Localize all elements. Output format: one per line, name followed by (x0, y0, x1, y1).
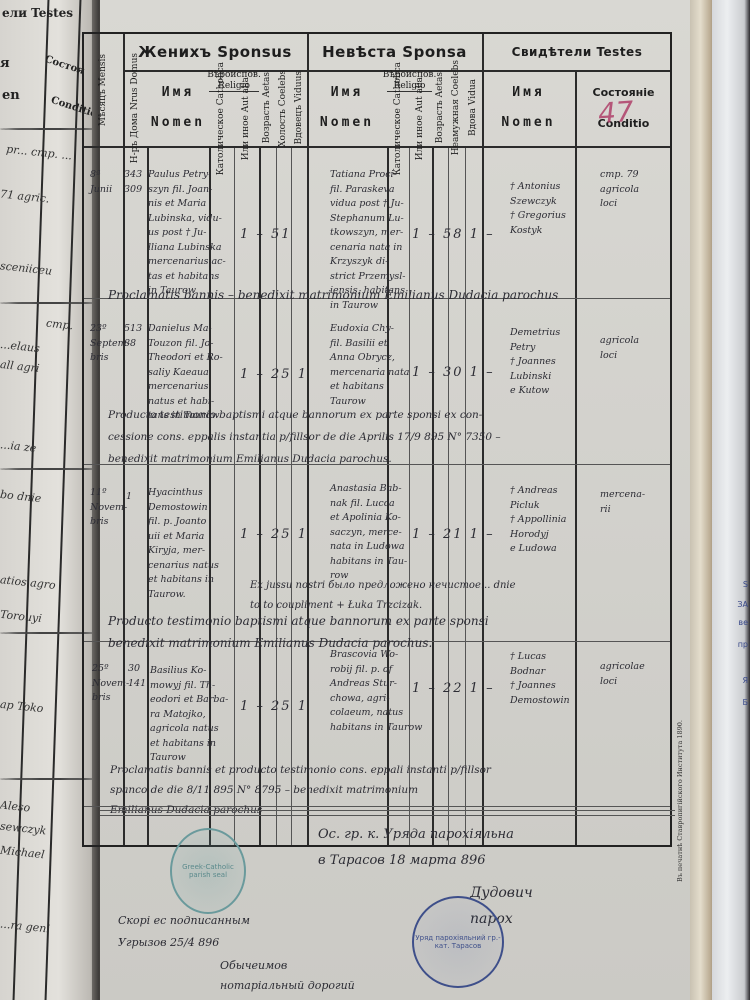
header-testes: Свидѣтели Testes (482, 34, 672, 70)
page-number-red: 47 (597, 95, 635, 130)
header-witness-name: ИмяNomen (482, 70, 575, 146)
left-header-testes: ели Testes (2, 6, 73, 20)
header-groom-widower: Вдовецъ Viduus (291, 70, 307, 146)
entry-condition: agricolae loci (600, 660, 645, 689)
entry-house: 343 309 (124, 168, 142, 197)
printer-imprint: Въ печатнѣ Ставропигійского Института 18… (676, 720, 684, 882)
entry-condition: agricola loci (600, 334, 639, 363)
notary-signature: Обычеимов нотаріальный дорогий (220, 956, 355, 996)
header-month: Мѣсяцъ Mensis (84, 34, 123, 146)
parish-office-stamp: Уряд парохіяльний гр.-кат. Тарасов (412, 896, 504, 988)
entry-witnesses: † Lucas Bodnar † Joannes Demostowin (510, 650, 570, 708)
header-bride-single: Неамужная Coelebs (448, 70, 465, 146)
entry-house: 513 88 (124, 322, 142, 351)
parish-seal-stamp: Greek-Catholic parish seal (170, 828, 246, 914)
entry-witnesses: † Andreas Picluk † Appollinia Horodyj e … (510, 484, 566, 557)
entry-bride: Brascovia Wo- robij fil. p. of Andreas S… (330, 648, 422, 735)
header-bride-catholic: Католическое Catholica (387, 92, 409, 146)
header-bride-widow: Вдова Vidua (465, 70, 482, 146)
closing-rule (100, 810, 675, 816)
entry-date: 11º Novem- bris (90, 486, 127, 530)
header-groom-other: Или иное Aut alia (234, 92, 259, 146)
entry-bride-marks: 1 – 30 1 – (412, 366, 495, 381)
entry-date: 8ª Junii (90, 168, 112, 197)
entry-condition: mercena- rii (600, 488, 645, 517)
entry-groom: Basilius Ko- mowyj fil. Th- eodori et Ba… (150, 664, 228, 766)
register-photo: ели Testes я en Состоя Conditio pr... ст… (0, 0, 750, 1000)
header-house-number: Н-ръ Дома Nrus Domus (123, 70, 147, 146)
entry-groom: Hyacinthus Demostowin fil. p. Joanto uii… (148, 486, 219, 602)
left-header-condition: Состоя (43, 54, 85, 77)
header-bride-other: Или иное Aut alia (409, 92, 432, 146)
header-bride-age: Возрасть Aetas (432, 70, 448, 146)
entry-note: Proclamatis bannis – benedixit matrimoni… (108, 284, 558, 306)
entry-bride-marks: 1 – 58 1 – (412, 228, 495, 243)
entry-groom: Paulus Petry- szyn fil. Joan- nis et Mar… (148, 168, 226, 299)
entry-groom-marks: 1 – 51 (240, 228, 292, 243)
entry-bride: Eudoxia Chy- fil. Basilii et Anna Obrycz… (330, 322, 409, 409)
entry-condition: стр. 79 agricola loci (600, 168, 639, 212)
header-groom-single: Холость Coelebs (276, 70, 291, 146)
entry-bride-marks: 1 – 21 1 – (412, 528, 495, 543)
entry-bride: Anastasia Bab- nak fil. Lucca et Apolini… (330, 482, 407, 584)
entry-witnesses: † Antonius Szewczyk † Gregorius Kostyk (510, 180, 566, 238)
header-groom-age: Возрасть Aetas (259, 70, 276, 146)
left-header-imya: я (0, 56, 10, 71)
header-bride-name: ИмяNomen (307, 70, 387, 146)
entry-note: Producto testimonio baptismi atque banno… (108, 404, 501, 470)
legalization-note: Скорі ес подписанным Угрызов 25/4 896 (118, 910, 250, 954)
entry-witnesses: Demetrius Petry † Joannes Lubinski e Kut… (510, 326, 560, 399)
entry-house: 1 (126, 490, 132, 505)
header-groom-name: ИмяNomen (147, 70, 209, 146)
entry-bride-marks: 1 – 22 1 – (412, 682, 495, 697)
entry-note: Producto testimonio baptismi atque banno… (108, 610, 489, 654)
header-groom-catholic: Католическое Catholica (209, 92, 234, 146)
left-header-nomen: en (2, 88, 20, 103)
header-sponsus: Женихъ Sponsus (123, 34, 307, 70)
entry-date: 25º Novem- bris (92, 662, 129, 706)
certification: Ос. гр. к. Уряда парохіяльна в Тарасов 1… (318, 822, 514, 874)
paper-stack: S ЗА ве пр Я Б (712, 0, 750, 1000)
entry-house: 30 141 (128, 662, 146, 691)
entry-groom-marks: 1 – 25 1 (240, 528, 308, 543)
entry-groom-marks: 1 – 25 1 (240, 368, 308, 383)
entry-groom-marks: 1 – 25 1 (240, 700, 308, 715)
